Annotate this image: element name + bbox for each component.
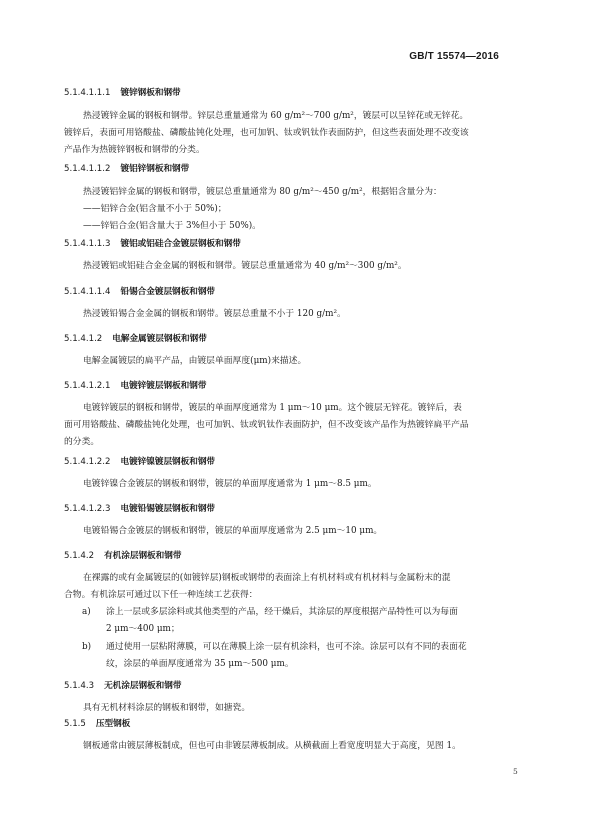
section-title: 电镀铅锡镀层钢板和钢带 — [120, 504, 215, 514]
list-marker: a) — [82, 604, 91, 621]
paragraph-line: 电镀铅锡合金镀层的钢板和钢带，镀层的单面厚度通常为 2.5 μm～10 μm。 — [64, 523, 534, 540]
list-item-a: a) 涂上一层或多层涂料或其他类型的产品，经干燥后，其涂层的厚度根据产品特性可以… — [64, 604, 534, 639]
section-paragraph: 电镀锌镍合金镀层的钢板和钢带，镀层的单面厚度通常为 1 μm～8.5 μm。 — [64, 476, 534, 493]
section-number: 5.1.4.1.2 — [64, 334, 102, 344]
paragraph-line: 面可用铬酸盐、磷酸盐钝化处理，也可加钒、钛或钒钛作表面防护，但不改变该产品作为热… — [64, 417, 534, 434]
section-paragraph: 热浸镀铅锡合金金属的钢板和钢带。镀层总重量不小于 120 g/m²。 — [64, 306, 534, 323]
paragraph-line: 的分类。 — [64, 434, 534, 451]
paragraph-line: 具有无机材料涂层的钢板和钢带，如搪瓷。 — [64, 700, 534, 717]
section-title: 镀锌钢板和钢带 — [120, 88, 180, 98]
section-title: 无机涂层钢板和钢带 — [104, 681, 181, 691]
dash-list-item: ——锌铝合金(铝含量大于 3%但小于 50%)。 — [64, 218, 534, 235]
paragraph-line: 电解金属镀层的扁平产品，由镀层单面厚度(μm)来描述。 — [64, 353, 534, 370]
section-paragraph: 电解金属镀层的扁平产品，由镀层单面厚度(μm)来描述。 — [64, 353, 534, 370]
list-item-line: 纹，涂层的单面厚度通常为 35 μm～500 μm。 — [106, 656, 467, 673]
section-heading: 5.1.5压型钢板 — [64, 717, 130, 729]
section-heading: 5.1.4.1.2电解金属镀层钢板和钢带 — [64, 332, 207, 344]
section-number: 5.1.5 — [64, 719, 86, 729]
section-number: 5.1.4.1.1.3 — [64, 239, 110, 249]
section-heading: 5.1.4.1.2.2电镀锌镍镀层钢板和钢带 — [64, 455, 215, 467]
section-title: 电镀锌镀层钢板和钢带 — [120, 381, 206, 391]
paragraph-line: 热浸镀铅锡合金金属的钢板和钢带。镀层总重量不小于 120 g/m²。 — [64, 306, 534, 323]
section-heading: 5.1.4.1.2.1电镀锌镀层钢板和钢带 — [64, 379, 206, 391]
section-paragraph: 热浸镀锌金属的钢板和钢带。锌层总重量通常为 60 g/m²～700 g/m²，镀… — [64, 108, 534, 160]
list-marker: b) — [82, 639, 91, 656]
section-number: 5.1.4.1.2.2 — [64, 457, 110, 467]
dash-list-item: ——铝锌合金(铝含量不小于 50%)； — [64, 201, 534, 218]
section-title: 铅锡合金镀层钢板和钢带 — [120, 287, 215, 297]
section-heading: 5.1.4.1.1.3镀铝或铝硅合金镀层钢板和钢带 — [64, 237, 241, 249]
section-heading: 5.1.4.2有机涂层钢板和钢带 — [64, 549, 181, 561]
paragraph-line: 电镀锌镍合金镀层的钢板和钢带，镀层的单面厚度通常为 1 μm～8.5 μm。 — [64, 476, 534, 493]
section-paragraph: 具有无机材料涂层的钢板和钢带，如搪瓷。 — [64, 700, 534, 717]
section-paragraph: 在裸露的或有金属镀层的(如镀锌层)钢板或钢带的表面涂上有机材料或有机材料与金属粉… — [64, 570, 534, 604]
section-title: 电镀锌镍镀层钢板和钢带 — [120, 457, 215, 467]
paragraph-line: 镀锌后，表面可用铬酸盐、磷酸盐钝化处理，也可加钒、钛或钒钛作表面防护，但这些表面… — [64, 125, 534, 142]
section-paragraph: 热浸镀铝或铝硅合金金属的钢板和钢带。镀层总重量通常为 40 g/m²～300 g… — [64, 258, 534, 275]
section-number: 5.1.4.1.1.4 — [64, 287, 110, 297]
section-paragraph: 热浸镀铝锌金属的钢板和钢带，镀层总重量通常为 80 g/m²～450 g/m²，… — [64, 184, 534, 236]
paragraph-line: 产品作为热镀锌钢板和钢带的分类。 — [64, 142, 534, 159]
section-paragraph: 电镀铅锡合金镀层的钢板和钢带，镀层的单面厚度通常为 2.5 μm～10 μm。 — [64, 523, 534, 540]
list-item-body: 通过使用一层粘附薄膜，可以在薄膜上涂一层有机涂料，也可不涂。涂层可以有不同的表面… — [106, 639, 467, 673]
list-item-line: 通过使用一层粘附薄膜，可以在薄膜上涂一层有机涂料，也可不涂。涂层可以有不同的表面… — [106, 639, 467, 656]
section-title: 镀铝或铝硅合金镀层钢板和钢带 — [120, 239, 240, 249]
section-heading: 5.1.4.1.2.3电镀铅锡镀层钢板和钢带 — [64, 502, 215, 514]
list-item-line: 涂上一层或多层涂料或其他类型的产品，经干燥后，其涂层的厚度根据产品特性可以为每面 — [106, 604, 458, 621]
paragraph-line: 热浸镀铝锌金属的钢板和钢带，镀层总重量通常为 80 g/m²～450 g/m²，… — [64, 184, 534, 201]
paragraph-line: 电镀锌镀层的钢板和钢带，镀层的单面厚度通常为 1 μm～10 μm。这个镀层无锌… — [64, 400, 534, 417]
paragraph-line: 钢板通常由镀层薄板制成，但也可由非镀层薄板制成。从横截面上看宽度明显大于高度，见… — [64, 738, 534, 755]
section-number: 5.1.4.1.1.2 — [64, 164, 110, 174]
page-number: 5 — [513, 767, 518, 776]
list-item-line: 2 μm～400 μm； — [106, 621, 458, 638]
section-title: 电解金属镀层钢板和钢带 — [112, 334, 207, 344]
document-page: GB/T 15574—2016 5.1.4.1.1.1镀锌钢板和钢带 热浸镀锌金… — [0, 0, 591, 813]
paragraph-line: 热浸镀锌金属的钢板和钢带。锌层总重量通常为 60 g/m²～700 g/m²，镀… — [64, 108, 534, 125]
list-item-body: 涂上一层或多层涂料或其他类型的产品，经干燥后，其涂层的厚度根据产品特性可以为每面… — [106, 604, 458, 638]
section-number: 5.1.4.3 — [64, 681, 94, 691]
section-number: 5.1.4.1.1.1 — [64, 88, 110, 98]
paragraph-line: 合物。有机涂层可通过以下任一种连续工艺获得： — [64, 587, 534, 604]
section-number: 5.1.4.1.2.1 — [64, 381, 110, 391]
section-heading: 5.1.4.1.1.4铅锡合金镀层钢板和钢带 — [64, 285, 215, 297]
standard-code: GB/T 15574—2016 — [409, 51, 499, 62]
section-paragraph: 电镀锌镀层的钢板和钢带，镀层的单面厚度通常为 1 μm～10 μm。这个镀层无锌… — [64, 400, 534, 452]
section-number: 5.1.4.1.2.3 — [64, 504, 110, 514]
section-heading: 5.1.4.3无机涂层钢板和钢带 — [64, 679, 181, 691]
section-heading: 5.1.4.1.1.1镀锌钢板和钢带 — [64, 86, 181, 98]
section-number: 5.1.4.2 — [64, 551, 94, 561]
section-heading: 5.1.4.1.1.2镀铝锌钢板和钢带 — [64, 162, 189, 174]
paragraph-line: 热浸镀铝或铝硅合金金属的钢板和钢带。镀层总重量通常为 40 g/m²～300 g… — [64, 258, 534, 275]
paragraph-line: 在裸露的或有金属镀层的(如镀锌层)钢板或钢带的表面涂上有机材料或有机材料与金属粉… — [64, 570, 534, 587]
section-title: 压型钢板 — [96, 719, 130, 729]
section-paragraph: 钢板通常由镀层薄板制成，但也可由非镀层薄板制成。从横截面上看宽度明显大于高度，见… — [64, 738, 534, 755]
list-item-b: b) 通过使用一层粘附薄膜，可以在薄膜上涂一层有机涂料，也可不涂。涂层可以有不同… — [64, 639, 534, 674]
section-title: 镀铝锌钢板和钢带 — [120, 164, 189, 174]
section-title: 有机涂层钢板和钢带 — [104, 551, 181, 561]
